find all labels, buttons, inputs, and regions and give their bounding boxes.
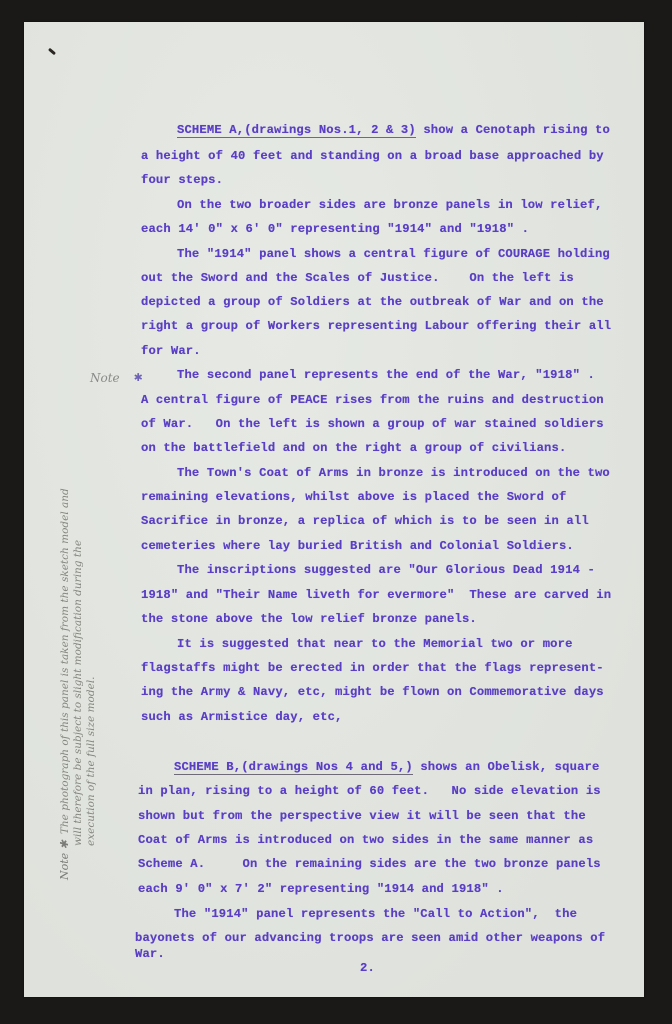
text-line: a height of 40 feet and standing on a br… [141, 148, 604, 164]
text-line: of War. On the left is shown a group of … [141, 416, 604, 432]
text-line: right a group of Workers representing La… [141, 318, 611, 334]
text-line: The "1914" panel represents the "Call to… [174, 906, 577, 922]
text-line: each 9' 0" x 7' 2" representing "1914 an… [138, 881, 504, 897]
text-line: four steps. [141, 172, 223, 188]
scheme-b-heading-line: SCHEME B,(drawings Nos 4 and 5,) shows a… [174, 759, 599, 775]
handwritten-line: execution of the full size model. [85, 420, 98, 880]
text-line: bayonets of our advancing troops are see… [135, 930, 605, 946]
text-line: cemeteries where lay buried British and … [141, 538, 574, 554]
text-line: for War. [141, 343, 201, 359]
text-line: The Town's Coat of Arms in bronze is int… [177, 465, 610, 481]
text-line: on the battlefield and on the right a gr… [141, 440, 566, 456]
text-line: The "1914" panel shows a central figure … [177, 246, 610, 262]
text-line: Scheme A. On the remaining sides are the… [138, 856, 601, 872]
text-line: Coat of Arms is introduced on two sides … [138, 832, 593, 848]
scheme-b-drawings: (drawings Nos 4 and 5,) [241, 760, 413, 775]
handwritten-margin-note: Note ✱The photograph of this panel is ta… [58, 420, 98, 880]
text-line: shown but from the perspective view it w… [138, 808, 586, 824]
text-line: each 14' 0" x 6' 0" representing "1914" … [141, 221, 529, 237]
text-line: Sacrifice in bronze, a replica of which … [141, 513, 589, 529]
text-line: War. [135, 946, 165, 962]
scheme-a-drawings: (drawings Nos.1, 2 & 3) [244, 123, 416, 138]
text-line: the stone above the low relief bronze pa… [141, 611, 477, 627]
handwritten-line: The photograph of this panel is taken fr… [59, 488, 71, 834]
page-number: 2. [360, 960, 375, 976]
scheme-a-heading-line: SCHEME A,(drawings Nos.1, 2 & 3) show a … [177, 122, 610, 138]
handwritten-line: will therefore be subject to slight modi… [72, 420, 85, 880]
margin-note-label-rotated: Note ✱ [58, 840, 71, 880]
text-line: The second panel represents the end of t… [177, 367, 595, 383]
scheme-a-heading: SCHEME A, [177, 123, 244, 138]
text-line: A central figure of PEACE rises from the… [141, 392, 604, 408]
text-line: in plan, rising to a height of 60 feet. … [138, 783, 601, 799]
text-line: On the two broader sides are bronze pane… [177, 197, 602, 213]
document-page [24, 22, 644, 997]
text-line: shows an Obelisk, square [420, 760, 599, 774]
margin-note-label: Note [90, 371, 120, 385]
text-line: The inscriptions suggested are "Our Glor… [177, 562, 595, 578]
text-line: 1918" and "Their Name liveth for evermor… [141, 587, 611, 603]
text-line: depicted a group of Soldiers at the outb… [141, 294, 604, 310]
text-line: flagstaffs might be erected in order tha… [141, 660, 604, 676]
scheme-b-heading: SCHEME B, [174, 760, 241, 775]
asterisk-icon: ✱ [134, 369, 142, 386]
text-line: It is suggested that near to the Memoria… [177, 636, 573, 652]
text-line: show a Cenotaph rising to [423, 123, 610, 137]
text-line: such as Armistice day, etc, [141, 709, 343, 725]
text-line: out the Sword and the Scales of Justice.… [141, 270, 574, 286]
text-line: ing the Army & Navy, etc, might be flown… [141, 684, 604, 700]
text-line: remaining elevations, whilst above is pl… [141, 489, 566, 505]
